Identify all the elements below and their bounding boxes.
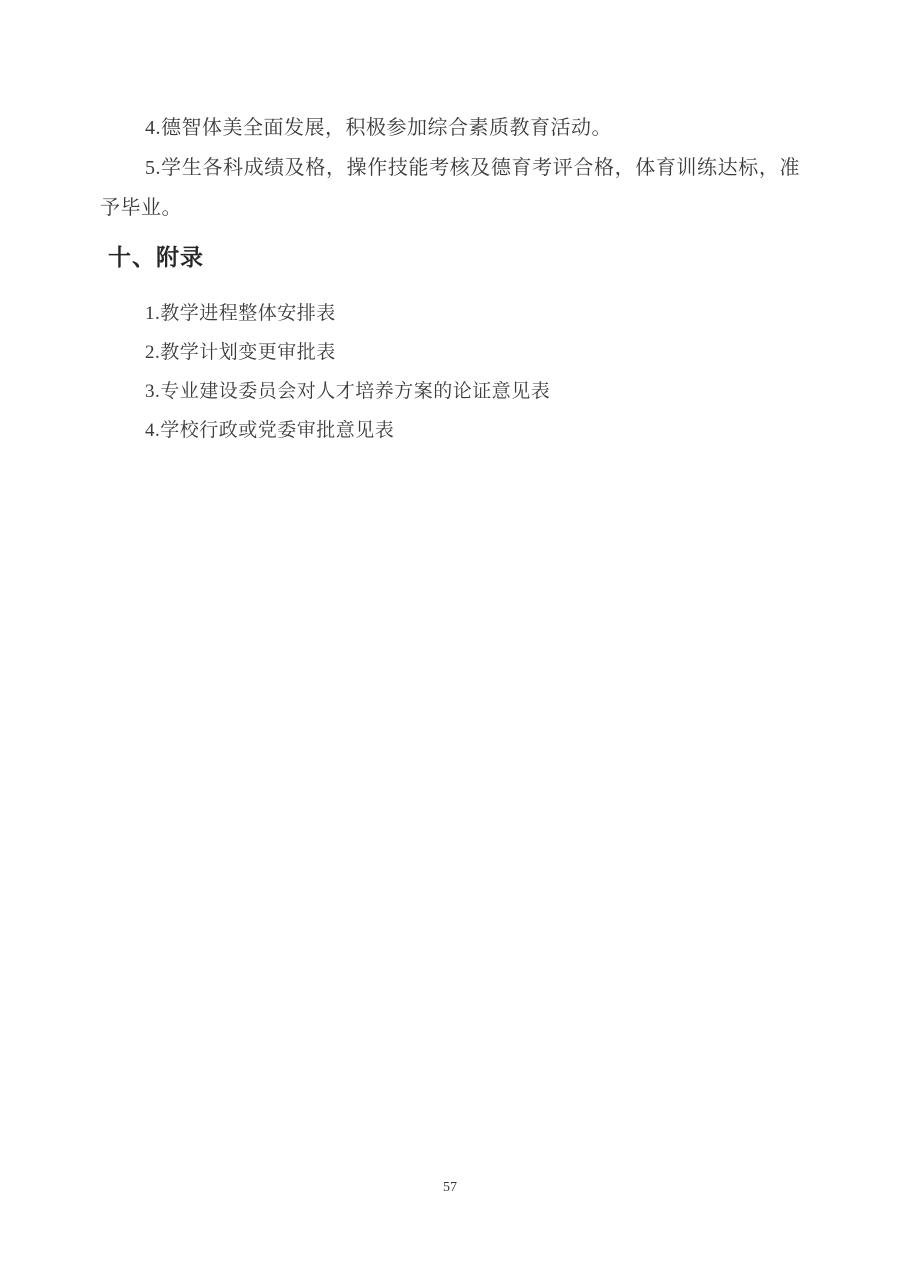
document-content: 4.德智体美全面发展，积极参加综合素质教育活动。 5.学生各科成绩及格，操作技能… [100,108,800,450]
appendix-item-plan-change-approval: 2.教学计划变更审批表 [100,333,800,372]
appendix-item-teaching-schedule: 1.教学进程整体安排表 [100,294,800,333]
paragraph-requirement-5: 5.学生各科成绩及格，操作技能考核及德育考评合格，体育训练达标，准予毕业。 [100,148,800,228]
section-heading-appendix: 十、附录 [108,242,800,272]
paragraph-requirement-4: 4.德智体美全面发展，积极参加综合素质教育活动。 [100,108,800,148]
appendix-item-school-approval: 4.学校行政或党委审批意见表 [100,411,800,450]
appendix-item-committee-review: 3.专业建设委员会对人才培养方案的论证意见表 [100,372,800,411]
page-number: 57 [0,1178,900,1198]
appendix-list: 1.教学进程整体安排表 2.教学计划变更审批表 3.专业建设委员会对人才培养方案… [100,294,800,450]
document-page: 4.德智体美全面发展，积极参加综合素质教育活动。 5.学生各科成绩及格，操作技能… [0,0,900,1272]
